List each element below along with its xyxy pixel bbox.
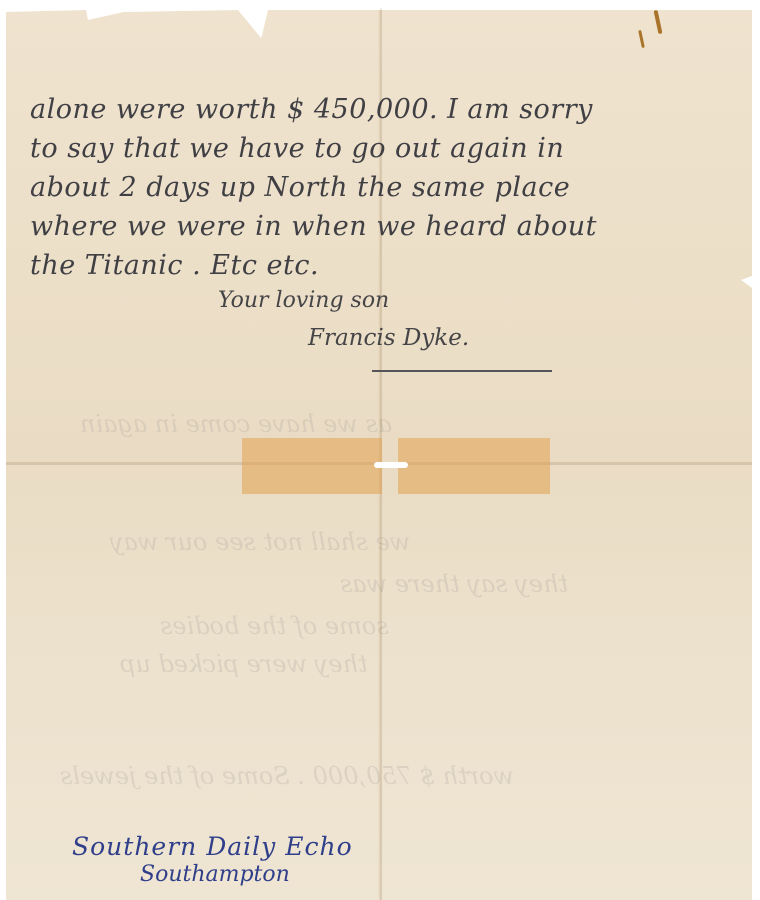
body-line: alone were worth $ 450,000. I am sorry — [30, 90, 750, 129]
body-line: where we were in when we heard about — [30, 207, 750, 246]
body-line: the Titanic . Etc etc. — [30, 246, 750, 285]
body-line: about 2 days up North the same place — [30, 168, 750, 207]
paper-tear — [374, 462, 408, 468]
closing-salutation: Your loving son — [218, 288, 389, 313]
signature-underline — [372, 370, 552, 372]
tape-repair-left — [242, 438, 382, 494]
body-line: to say that we have to go out again in — [30, 129, 750, 168]
annotation-city: Southampton — [140, 862, 353, 888]
signature: Francis Dyke. — [308, 325, 469, 351]
annotation-newspaper-name: Southern Daily Echo — [72, 832, 353, 862]
tape-repair-right — [398, 438, 550, 494]
letter-body: alone were worth $ 450,000. I am sorry t… — [30, 90, 750, 285]
archive-annotation: Southern Daily Echo Southampton — [72, 832, 353, 888]
